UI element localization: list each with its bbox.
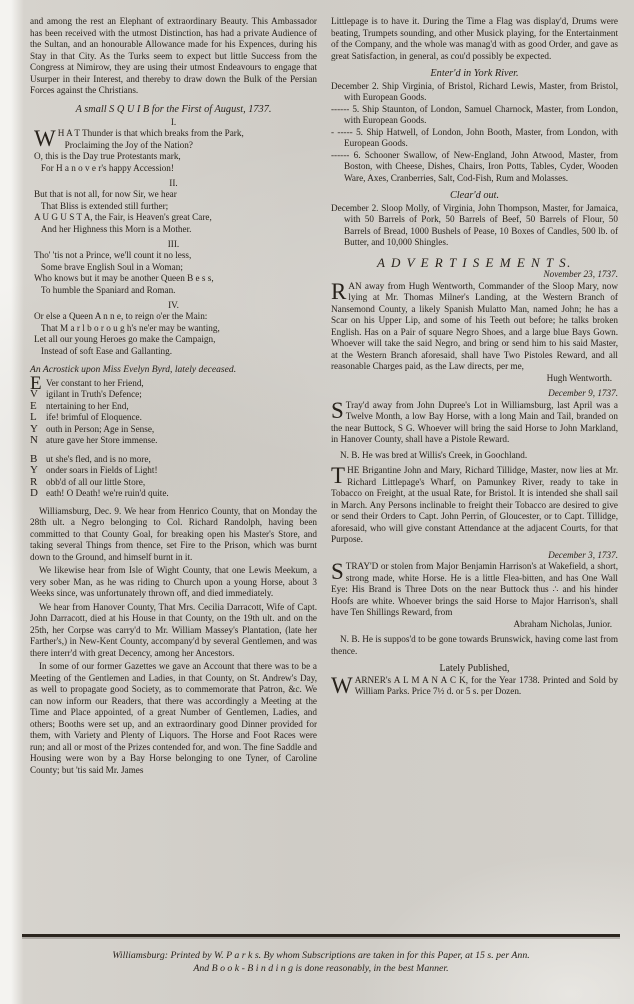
ad-body: HE Brigantine John and Mary, Richard Til… — [331, 465, 618, 544]
ad-nota-bene: N. B. He is suppos'd to be gone towards … — [331, 634, 618, 657]
stanza-lines: Tho' 'tis not a Prince, we'll count it n… — [30, 250, 317, 296]
stanza-numeral: III. — [30, 238, 317, 250]
news-paragraph-henrico: Williamsburg, Dec. 9. We hear from Henri… — [30, 506, 317, 564]
stanza-numeral: I. — [30, 116, 317, 128]
acrostic-line: Death! O Death! we're ruin'd quite. — [30, 488, 317, 500]
news-paragraph-isle-of-wight: We likewise hear from Isle of Wight Coun… — [30, 565, 317, 600]
stanza-lines: But that is not all, for now Sir, we hea… — [30, 189, 317, 235]
stanza-numeral: IV. — [30, 299, 317, 311]
advertisement-runaway: November 23, 1737. RAN away from Hugh We… — [331, 269, 618, 384]
right-column: Littlepage is to have it. During the Tim… — [331, 16, 618, 778]
acrostic-initial: D — [30, 488, 46, 500]
ad-signature: Abraham Nicholas, Junior. — [331, 619, 618, 631]
ad-signature: Hugh Wentworth. — [331, 373, 618, 385]
ad-body: Tray'd away from John Dupree's Lot in Wi… — [331, 400, 618, 445]
squib-stanza-3: III. Tho' 'tis not a Prince, we'll count… — [30, 238, 317, 296]
dropcap-letter: W — [331, 675, 355, 695]
acrostic-line: Nature gave her Store immense. — [30, 435, 317, 447]
horizontal-rule — [22, 934, 620, 937]
ship-entry: - ----- 5. Ship Hatwell, of London, John… — [331, 127, 618, 150]
acrostic-line: But she's fled, and is no more, — [30, 454, 317, 466]
local-news: Williamsburg, Dec. 9. We hear from Henri… — [30, 506, 317, 777]
imprint-line-1: Williamsburg: Printed by W. P a r k s. B… — [22, 949, 620, 962]
dropcap-letter: R — [331, 281, 348, 301]
page-columns: and among the rest an Elephant of extrao… — [0, 0, 634, 778]
acrostic-line: Life! brimful of Eloquence. — [30, 412, 317, 424]
advertisements-heading: A D V E R T I S E M E N T S. — [331, 257, 618, 269]
acrostic-line: Robb'd of all our little Store, — [30, 477, 317, 489]
squib-stanza-1: I. WH A T Thunder is that which breaks f… — [30, 116, 317, 174]
squib-poem-title: A small S Q U I B for the First of Augus… — [30, 104, 317, 116]
acrostic-line: Vigilant in Truth's Defence; — [30, 389, 317, 401]
almanack-notice: WARNER's A L M A N A C K, for the Year 1… — [331, 675, 618, 698]
dropcap-letter: W — [34, 128, 58, 148]
entered-ship-list: December 2. Ship Virginia, of Bristol, R… — [331, 81, 618, 185]
ad-body: TRAY'D or stolen from Major Benjamin Har… — [331, 561, 618, 617]
dropcap-letter: S — [331, 561, 346, 581]
ad-body: AN away from Hugh Wentworth, Commander o… — [331, 281, 618, 372]
dropcap-letter: T — [331, 465, 347, 485]
stanza-break — [30, 447, 317, 454]
acrostic-line: Yonder soars in Fields of Light! — [30, 465, 317, 477]
acrostic-line: EVer constant to her Friend, — [30, 378, 317, 390]
squib-stanza-4: IV. Or else a Queen A n n e, to reign o'… — [30, 299, 317, 357]
advertisement-stolen-horse: December 3, 1737. STRAY'D or stolen from… — [331, 550, 618, 658]
advertisement-strayed-horse: December 9, 1737. STray'd away from John… — [331, 388, 618, 461]
ad-date: December 9, 1737. — [331, 388, 618, 400]
left-column: and among the rest an Elephant of extrao… — [30, 16, 317, 778]
ship-entry: December 2. Ship Virginia, of Bristol, R… — [331, 81, 618, 104]
dropcap-letter: S — [331, 400, 346, 420]
news-paragraph-st-andrews: In some of our former Gazettes we gave a… — [30, 661, 317, 776]
acrostic-initial: Y — [30, 465, 46, 477]
stanza-numeral: II. — [30, 177, 317, 189]
news-paragraph-hanover: We hear from Hanover County, That Mrs. C… — [30, 602, 317, 660]
imprint-line-2: And B o o k - B i n d i n g is done reas… — [22, 962, 620, 975]
lately-published-heading: Lately Published, — [331, 663, 618, 675]
acrostic-title: An Acrostick upon Miss Evelyn Byrd, late… — [30, 364, 317, 376]
stanza-lines: H A T Thunder is that which breaks from … — [34, 128, 244, 173]
acrostic-initial: L — [30, 412, 46, 424]
cleared-ship-entry: December 2. Sloop Molly, of Virginia, Jo… — [331, 203, 618, 249]
news-continuation-paragraph: Littlepage is to have it. During the Tim… — [331, 16, 618, 62]
acrostic-line: Youth in Person; Age in Sense, — [30, 424, 317, 436]
acrostic-initial: N — [30, 435, 46, 447]
ship-entry: ------ 6. Schooner Swallow, of New-Engla… — [331, 150, 618, 185]
ad-date: December 3, 1737. — [331, 550, 618, 562]
ship-entry: ------ 5. Ship Staunton, of London, Samu… — [331, 104, 618, 127]
foreign-news-paragraph: and among the rest an Elephant of extrao… — [30, 16, 317, 97]
ad-date: November 23, 1737. — [331, 269, 618, 281]
acrostic-initial: V — [30, 389, 46, 401]
advertisement-brigantine: THE Brigantine John and Mary, Richard Ti… — [331, 465, 618, 546]
ad-nota-bene: N. B. He was bred at Willis's Creek, in … — [331, 450, 618, 462]
stanza-lines: Or else a Queen A n n e, to reign o'er t… — [30, 311, 317, 357]
almanack-body: ARNER's A L M A N A C K, for the Year 17… — [355, 675, 618, 697]
printer-imprint: Williamsburg: Printed by W. P a r k s. B… — [22, 934, 620, 975]
entered-york-river-heading: Enter'd in York River. — [331, 68, 618, 80]
cleared-out-heading: Clear'd out. — [331, 190, 618, 202]
newspaper-page: and among the rest an Elephant of extrao… — [0, 0, 634, 1004]
acrostic-line: Entertaining to her End, — [30, 401, 317, 413]
squib-stanza-2: II. But that is not all, for now Sir, we… — [30, 177, 317, 235]
acrostic-poem: EVer constant to her Friend, Vigilant in… — [30, 378, 317, 500]
